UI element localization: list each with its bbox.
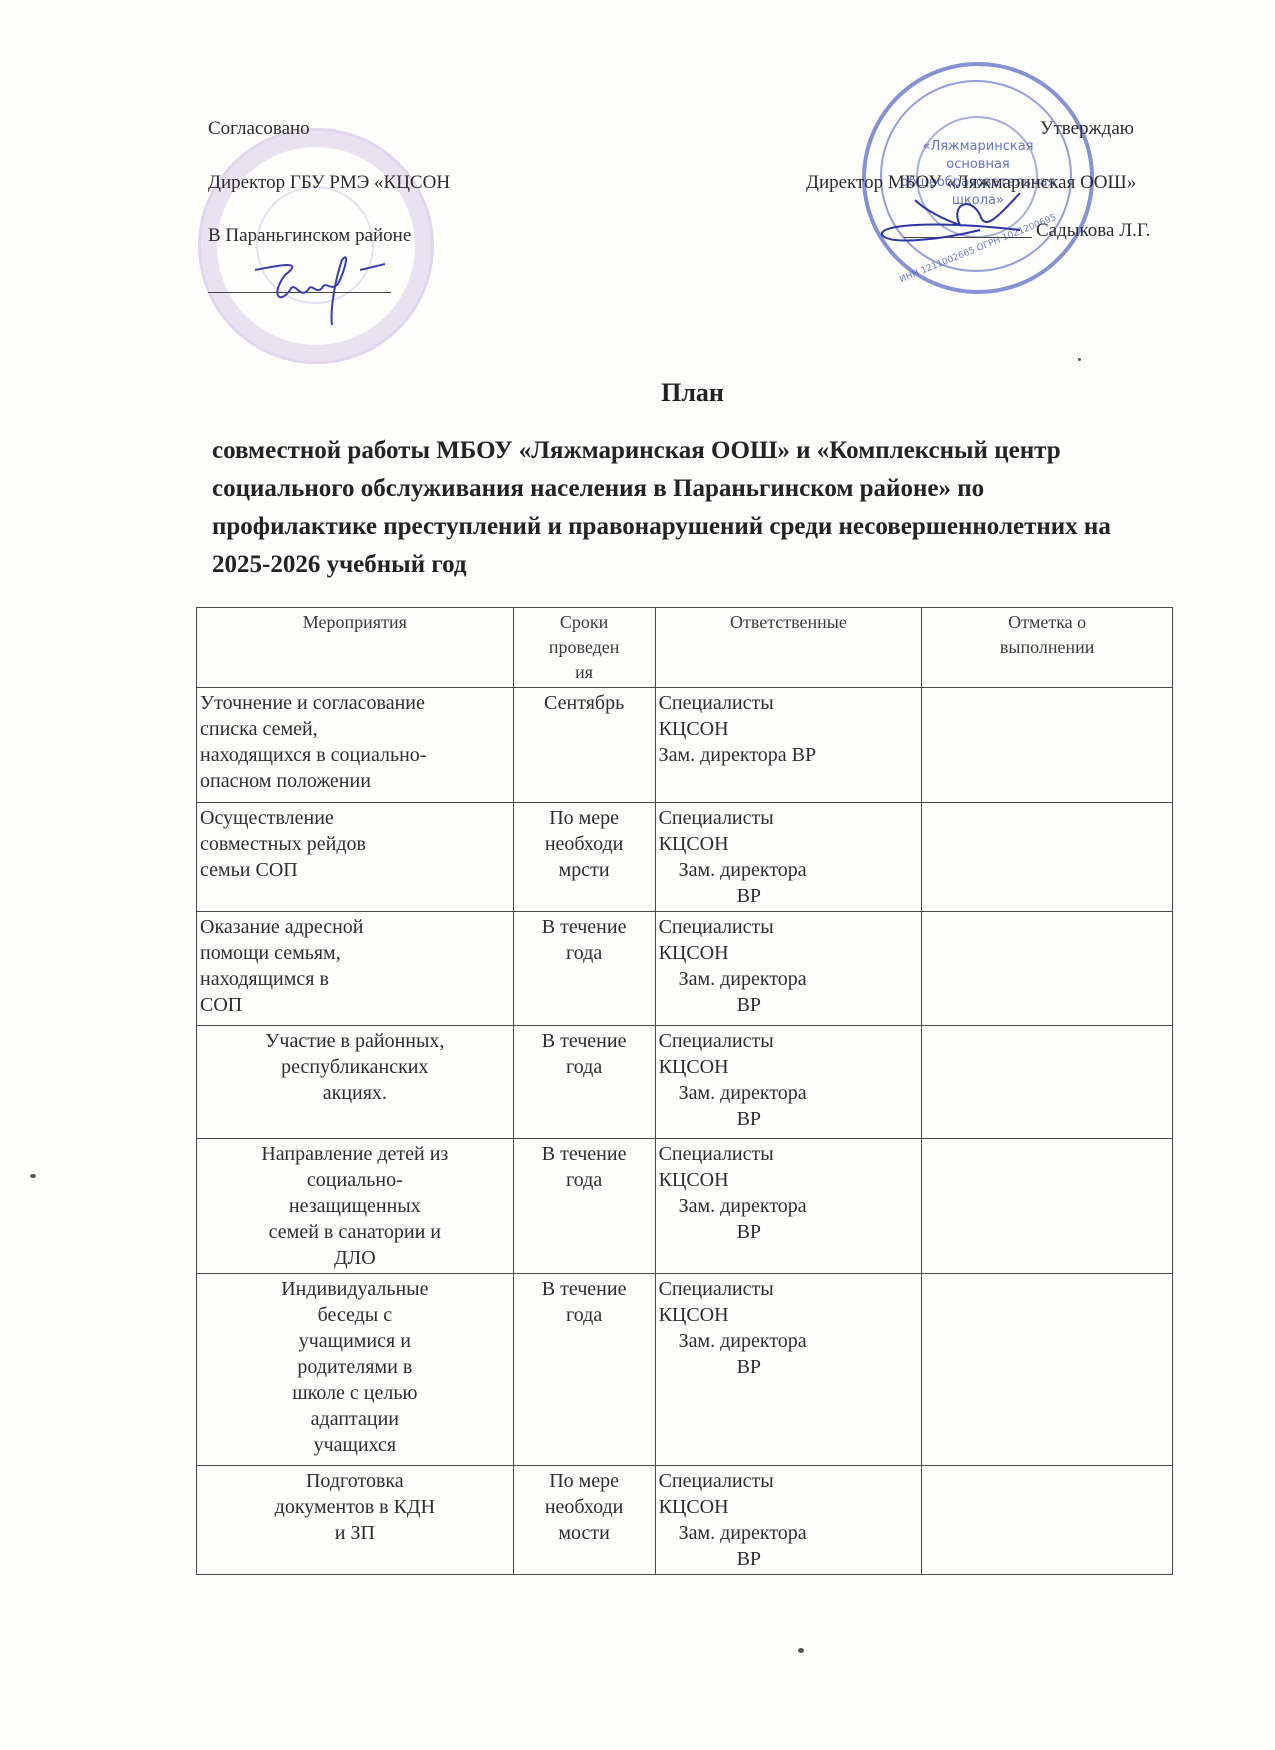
header-completion: Отметка о выполнении	[922, 608, 1173, 688]
cell-responsible: СпециалистыКЦСОНЗам. директора ВР	[655, 688, 922, 803]
cell-event: Оказание адреснойпомощи семьям,находящим…	[197, 912, 514, 1026]
cell-completion[interactable]	[922, 1466, 1173, 1575]
header-dates: Сроки проведен ия	[513, 608, 655, 688]
cell-dates: В течениегода	[513, 1139, 655, 1274]
scan-speck	[798, 1648, 804, 1653]
table-row: Осуществлениесовместных рейдовсемьи СОПП…	[197, 803, 1173, 912]
table-row: Оказание адреснойпомощи семьям,находящим…	[197, 912, 1173, 1026]
cell-completion[interactable]	[922, 1026, 1173, 1139]
cell-event: Участие в районных,республиканскихакциях…	[197, 1026, 514, 1139]
cell-responsible: СпециалистыКЦСОНЗам. директораВР	[655, 1274, 922, 1466]
cell-responsible: СпециалистыКЦСОНЗам. директораВР	[655, 1026, 922, 1139]
cell-event: Осуществлениесовместных рейдовсемьи СОП	[197, 803, 514, 912]
approver-right-name: Садыкова Л.Г.	[1036, 220, 1150, 242]
cell-dates: В течениегода	[513, 1274, 655, 1466]
cell-event: Уточнение и согласованиесписка семей,нах…	[197, 688, 514, 803]
document-subtitle: совместной работы МБОУ «Ляжмаринская ООШ…	[212, 432, 1152, 584]
approved-label: Согласовано	[208, 118, 310, 140]
cell-responsible: СпециалистыКЦСОНЗам. директораВР	[655, 803, 922, 912]
header-event: Мероприятия	[197, 608, 514, 688]
table-row: Направление детей изсоциально-незащищенн…	[197, 1139, 1173, 1274]
signature-left-icon	[250, 240, 400, 330]
table-row: Подготовкадокументов в КДНи ЗППо меренео…	[197, 1466, 1173, 1575]
cell-responsible: СпециалистыКЦСОНЗам. директораВР	[655, 912, 922, 1026]
table-row: Уточнение и согласованиесписка семей,нах…	[197, 688, 1173, 803]
table-row: Индивидуальныебеседы сучащимися иродител…	[197, 1274, 1173, 1466]
cell-completion[interactable]	[922, 803, 1173, 912]
scan-speck	[1078, 358, 1081, 361]
cell-completion[interactable]	[922, 688, 1173, 803]
cell-dates: По меренеобходимости	[513, 1466, 655, 1575]
cell-completion[interactable]	[922, 1139, 1173, 1274]
header-responsible: Ответственные	[655, 608, 922, 688]
cell-dates: По меренеобходимрсти	[513, 803, 655, 912]
table-row: Участие в районных,республиканскихакциях…	[197, 1026, 1173, 1139]
approver-left-title: Директор ГБУ РМЭ «КЦСОН	[208, 172, 450, 194]
cell-event: Индивидуальныебеседы сучащимися иродител…	[197, 1274, 514, 1466]
signature-right-icon	[870, 185, 1050, 255]
cell-completion[interactable]	[922, 1274, 1173, 1466]
approve-label: Утверждаю	[1040, 118, 1134, 140]
cell-completion[interactable]	[922, 912, 1173, 1026]
cell-responsible: СпециалистыКЦСОНЗам. директораВР	[655, 1139, 922, 1274]
cell-event: Направление детей изсоциально-незащищенн…	[197, 1139, 514, 1274]
cell-event: Подготовкадокументов в КДНи ЗП	[197, 1466, 514, 1575]
cell-responsible: СпециалистыКЦСОНЗам. директораВР	[655, 1466, 922, 1575]
cell-dates: В течениегода	[513, 1026, 655, 1139]
plan-table: Мероприятия Сроки проведен ия Ответствен…	[196, 607, 1173, 1575]
cell-dates: Сентябрь	[513, 688, 655, 803]
table-header-row: Мероприятия Сроки проведен ия Ответствен…	[197, 608, 1173, 688]
document-title: План	[0, 378, 1275, 408]
scan-speck	[30, 1174, 36, 1178]
cell-dates: В течениегода	[513, 912, 655, 1026]
